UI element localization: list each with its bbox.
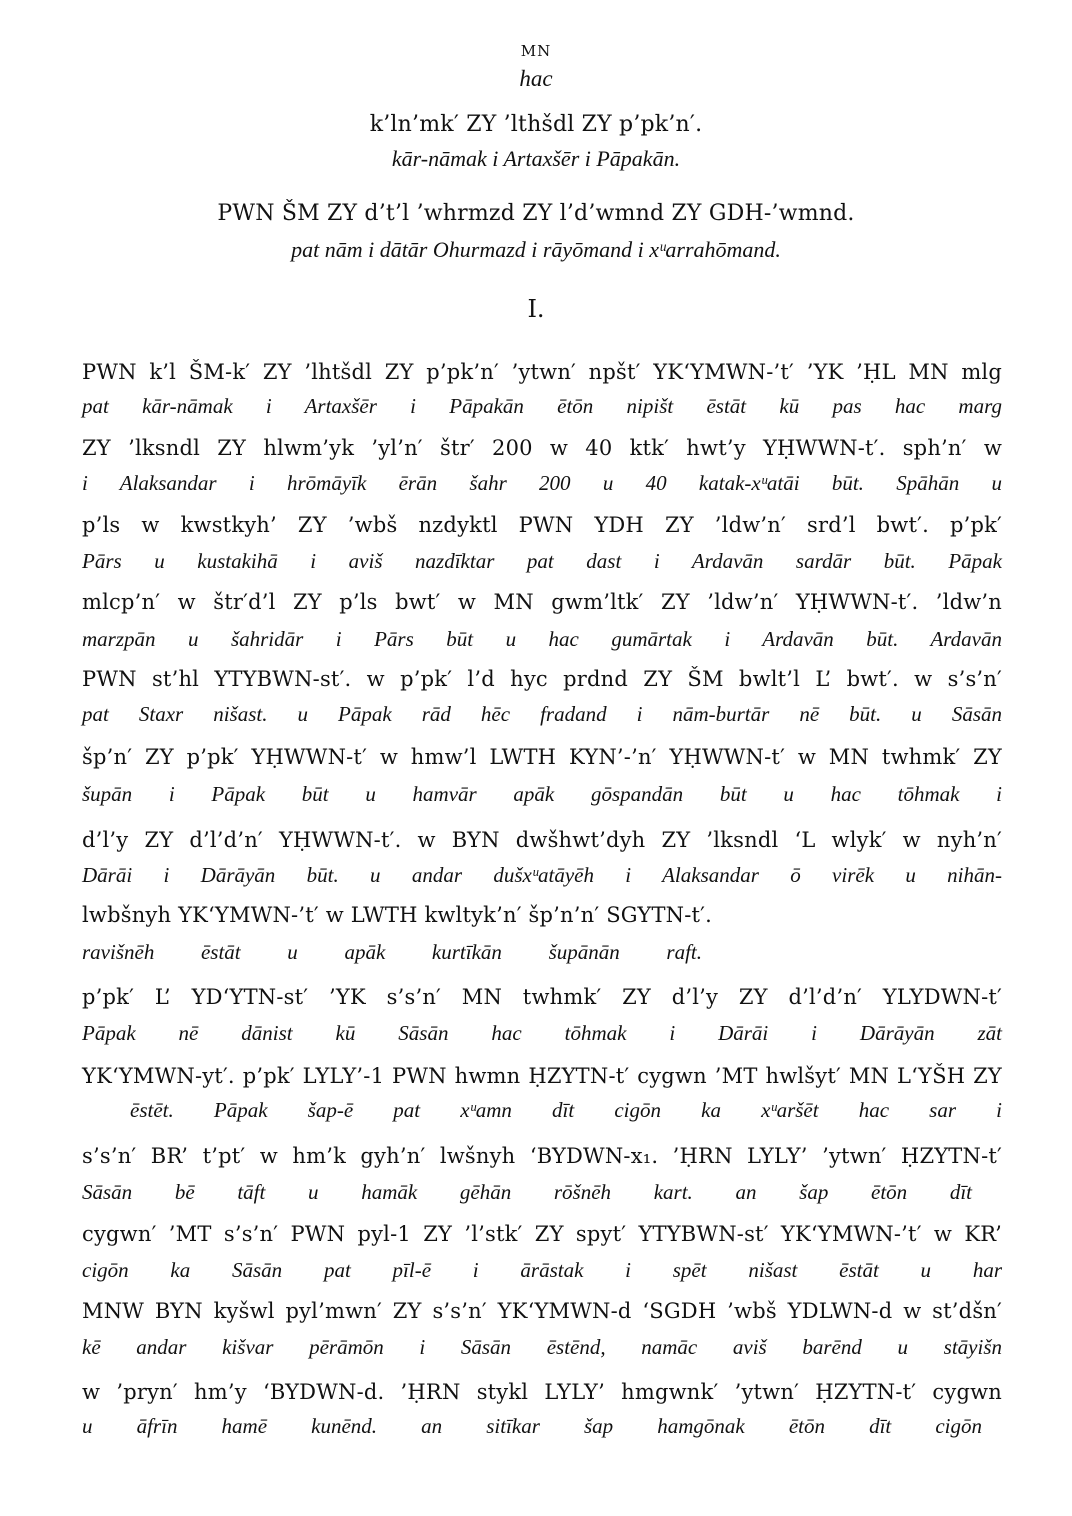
title-translit: kār-nāmak i Artaxšēr i Pāpakān. bbox=[0, 146, 1072, 172]
header-mn: MN bbox=[0, 42, 1072, 60]
translit-line: ravišnēh ēstāt u apāk kurtīkān šupānān r… bbox=[82, 940, 702, 965]
pahlavi-line: p’ls w kwstkyh’ ZY ’wbš nzdyktl PWN YDH … bbox=[82, 513, 1002, 537]
pahlavi-line: d’l’y ZY d’l’d’n′ YḤWWN-t′. w BYN dwšhwt… bbox=[82, 828, 1002, 852]
translit-line: cigōn ka Sāsān pat pīl-ē i ārāstak i spē… bbox=[82, 1258, 1002, 1283]
translit-line: marzpān u šahridār i Pārs būt u hac gumā… bbox=[82, 627, 1002, 652]
pahlavi-line: PWN k’l ŠM-k′ ZY ’lhtšdl ZY p’pk’n′ ’ytw… bbox=[82, 360, 1002, 384]
translit-line: u āfrīn hamē kunēnd. an sitīkar šap hamg… bbox=[82, 1414, 982, 1439]
pahlavi-line: lwbšnyh YK‘YMWN-’t′ w LWTH kwltyk’n′ šp’… bbox=[82, 903, 1002, 927]
document-page: MN hac k’ln’mk′ ZY ’lthšdl ZY p’pk’n′. k… bbox=[0, 0, 1072, 1516]
invocation-pahlavi: PWN ŠM ZY d’t’l ’whrmzd ZY l’d’wmnd ZY G… bbox=[0, 201, 1072, 226]
pahlavi-line: ZY ’lksndl ZY hlwm’yk ’yl’n′ štr′ 200 w … bbox=[82, 436, 1002, 460]
translit-line: Sāsān bē tāft u hamāk gēhān rōšnēh kart.… bbox=[82, 1180, 972, 1205]
pahlavi-line: PWN st’hl YTYBWN-st′. w p’pk′ l’d hyc pr… bbox=[82, 667, 1002, 691]
title-pahlavi: k’ln’mk′ ZY ’lthšdl ZY p’pk’n′. bbox=[0, 112, 1072, 137]
chapter-numeral: I. bbox=[0, 295, 1072, 323]
pahlavi-line: YK‘YMWN-yt′. p’pk′ LYLY’-1 PWN hwmn ḤZYT… bbox=[82, 1064, 1002, 1088]
pahlavi-line: w ’pryn′ hm’y ‘BYDWN-d. ’ḤRN stykl LYLY’… bbox=[82, 1380, 1002, 1404]
translit-line: Pāpak nē dānist kū Sāsān hac tōhmak i Dā… bbox=[82, 1021, 1002, 1046]
translit-line: šupān i Pāpak būt u hamvār apāk gōspandā… bbox=[82, 782, 1002, 807]
pahlavi-line: s’s’n′ BR’ t’pt′ w hm’k gyh’n′ lwšnyh ‘B… bbox=[82, 1144, 1002, 1168]
pahlavi-line: šp’n′ ZY p’pk′ YḤWWN-t′ w hmw’l LWTH KYN… bbox=[82, 745, 1002, 769]
pahlavi-line: mlcp’n′ w štr′d’l ZY p’ls bwt′ w MN gwm’… bbox=[82, 590, 1002, 614]
pahlavi-line: MNW BYN kyšwl pyl’mwn′ ZY s’s’n′ YK‘YMWN… bbox=[82, 1299, 1002, 1323]
translit-line: ēstēt. Pāpak šap-ē pat xᵘamn dīt cigōn k… bbox=[130, 1098, 1002, 1123]
pahlavi-line: cygwn′ ’MT s’s’n′ PWN pyl-1 ZY ’l’stk′ Z… bbox=[82, 1222, 1002, 1246]
translit-line: pat kār-nāmak i Artaxšēr i Pāpakān ētōn … bbox=[82, 394, 1002, 419]
pahlavi-line: p’pk′ L’ YD‘YTN-st′ ’YK s’s’n′ MN twhmk′… bbox=[82, 985, 1002, 1009]
translit-line: kē andar kišvar pērāmōn i Sāsān ēstēnd, … bbox=[82, 1335, 1002, 1360]
translit-line: Pārs u kustakihā i aviš nazdīktar pat da… bbox=[82, 549, 1002, 574]
translit-line: i Alaksandar i hrōmāyīk ērān šahr 200 u … bbox=[82, 471, 1002, 496]
invocation-translit: pat nām i dātār Ohurmazd i rāyōmand i xᵘ… bbox=[0, 237, 1072, 263]
translit-line: Dārāi i Dārāyān būt. u andar dušxᵘatāyēh… bbox=[82, 863, 1002, 888]
translit-line: pat Staxr nišast. u Pāpak rād hēc fradan… bbox=[82, 702, 1002, 727]
header-mn-translit: hac bbox=[0, 66, 1072, 92]
